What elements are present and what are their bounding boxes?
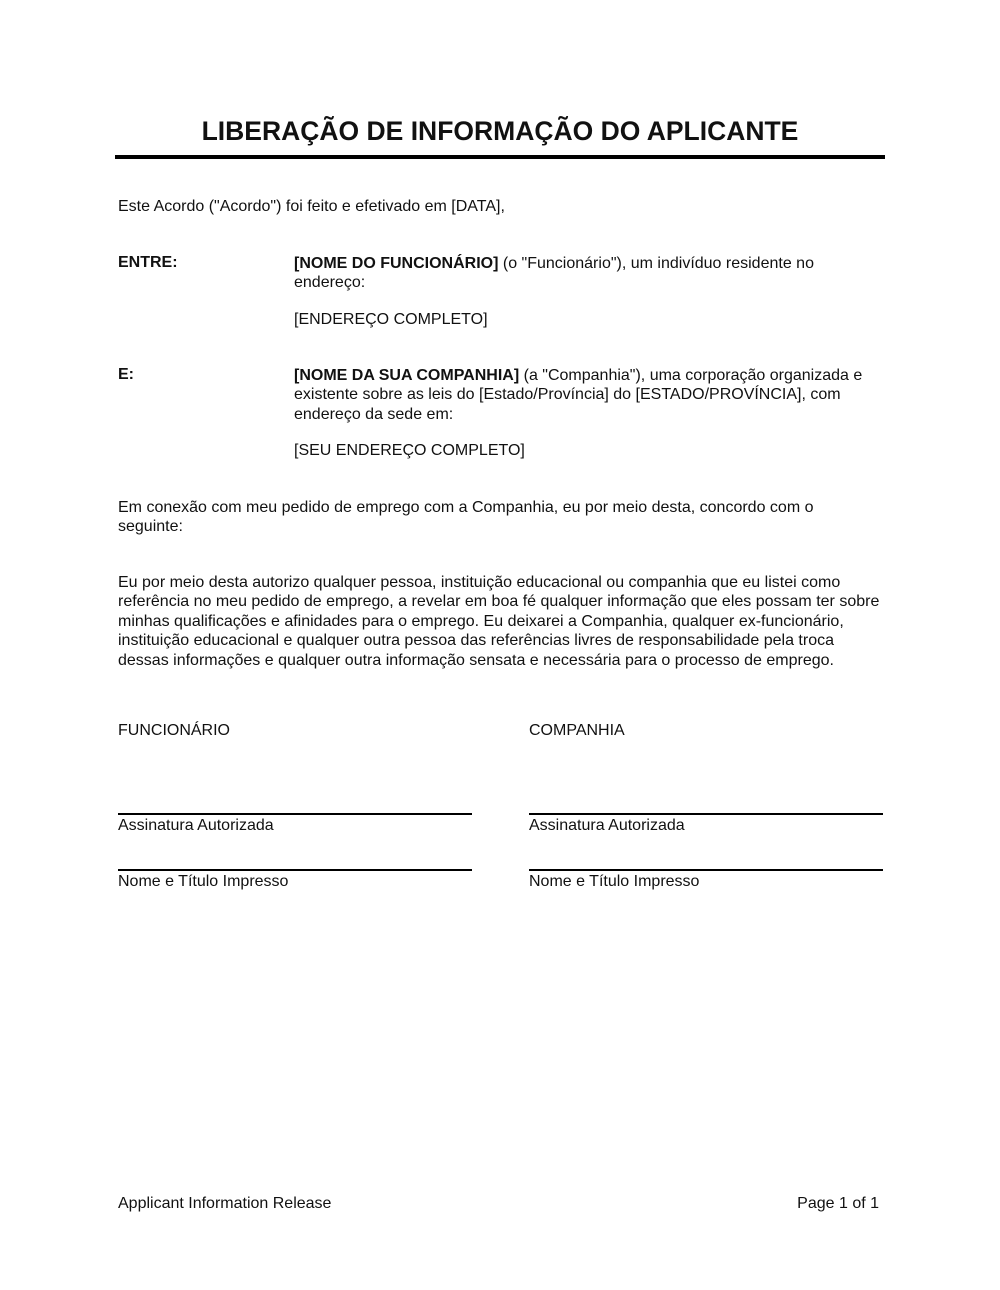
intro-paragraph: Este Acordo ("Acordo") foi feito e efeti… [118,197,505,216]
document-title: LIBERAÇÃO DE INFORMAÇÃO DO APLICANTE [115,116,885,147]
footer-page-number: Page 1 of 1 [797,1195,879,1213]
title-underline [115,155,885,159]
company-name-caption: Nome e Título Impresso [529,873,699,891]
authorization-paragraph: Eu por meio desta autorizo qualquer pess… [118,573,888,670]
employee-signature-line[interactable] [118,813,472,815]
employee-name-placeholder: [NOME DO FUNCIONÁRIO] [294,255,498,272]
party-between-text: [NOME DO FUNCIONÁRIO] (o "Funcionário"),… [294,254,884,293]
company-name-line[interactable] [529,869,883,871]
employee-signature-heading: FUNCIONÁRIO [118,722,230,740]
company-name-placeholder: [NOME DA SUA COMPANHIA] [294,367,519,384]
party-and-label: E: [118,366,134,384]
company-signature-heading: COMPANHIA [529,722,625,740]
company-signature-caption: Assinatura Autorizada [529,817,685,835]
party-between-label: ENTRE: [118,254,178,272]
employee-name-line[interactable] [118,869,472,871]
document-page: LIBERAÇÃO DE INFORMAÇÃO DO APLICANTE Est… [0,0,1000,1290]
footer-document-name: Applicant Information Release [118,1195,331,1213]
employee-name-caption: Nome e Título Impresso [118,873,288,891]
party-and-text: [NOME DA SUA COMPANHIA] (a "Companhia"),… [294,366,884,424]
connection-paragraph: Em conexão com meu pedido de emprego com… [118,498,838,537]
company-signature-line[interactable] [529,813,883,815]
employee-address-placeholder: [ENDEREÇO COMPLETO] [294,310,884,329]
employee-signature-caption: Assinatura Autorizada [118,817,274,835]
company-address-placeholder: [SEU ENDEREÇO COMPLETO] [294,441,884,460]
